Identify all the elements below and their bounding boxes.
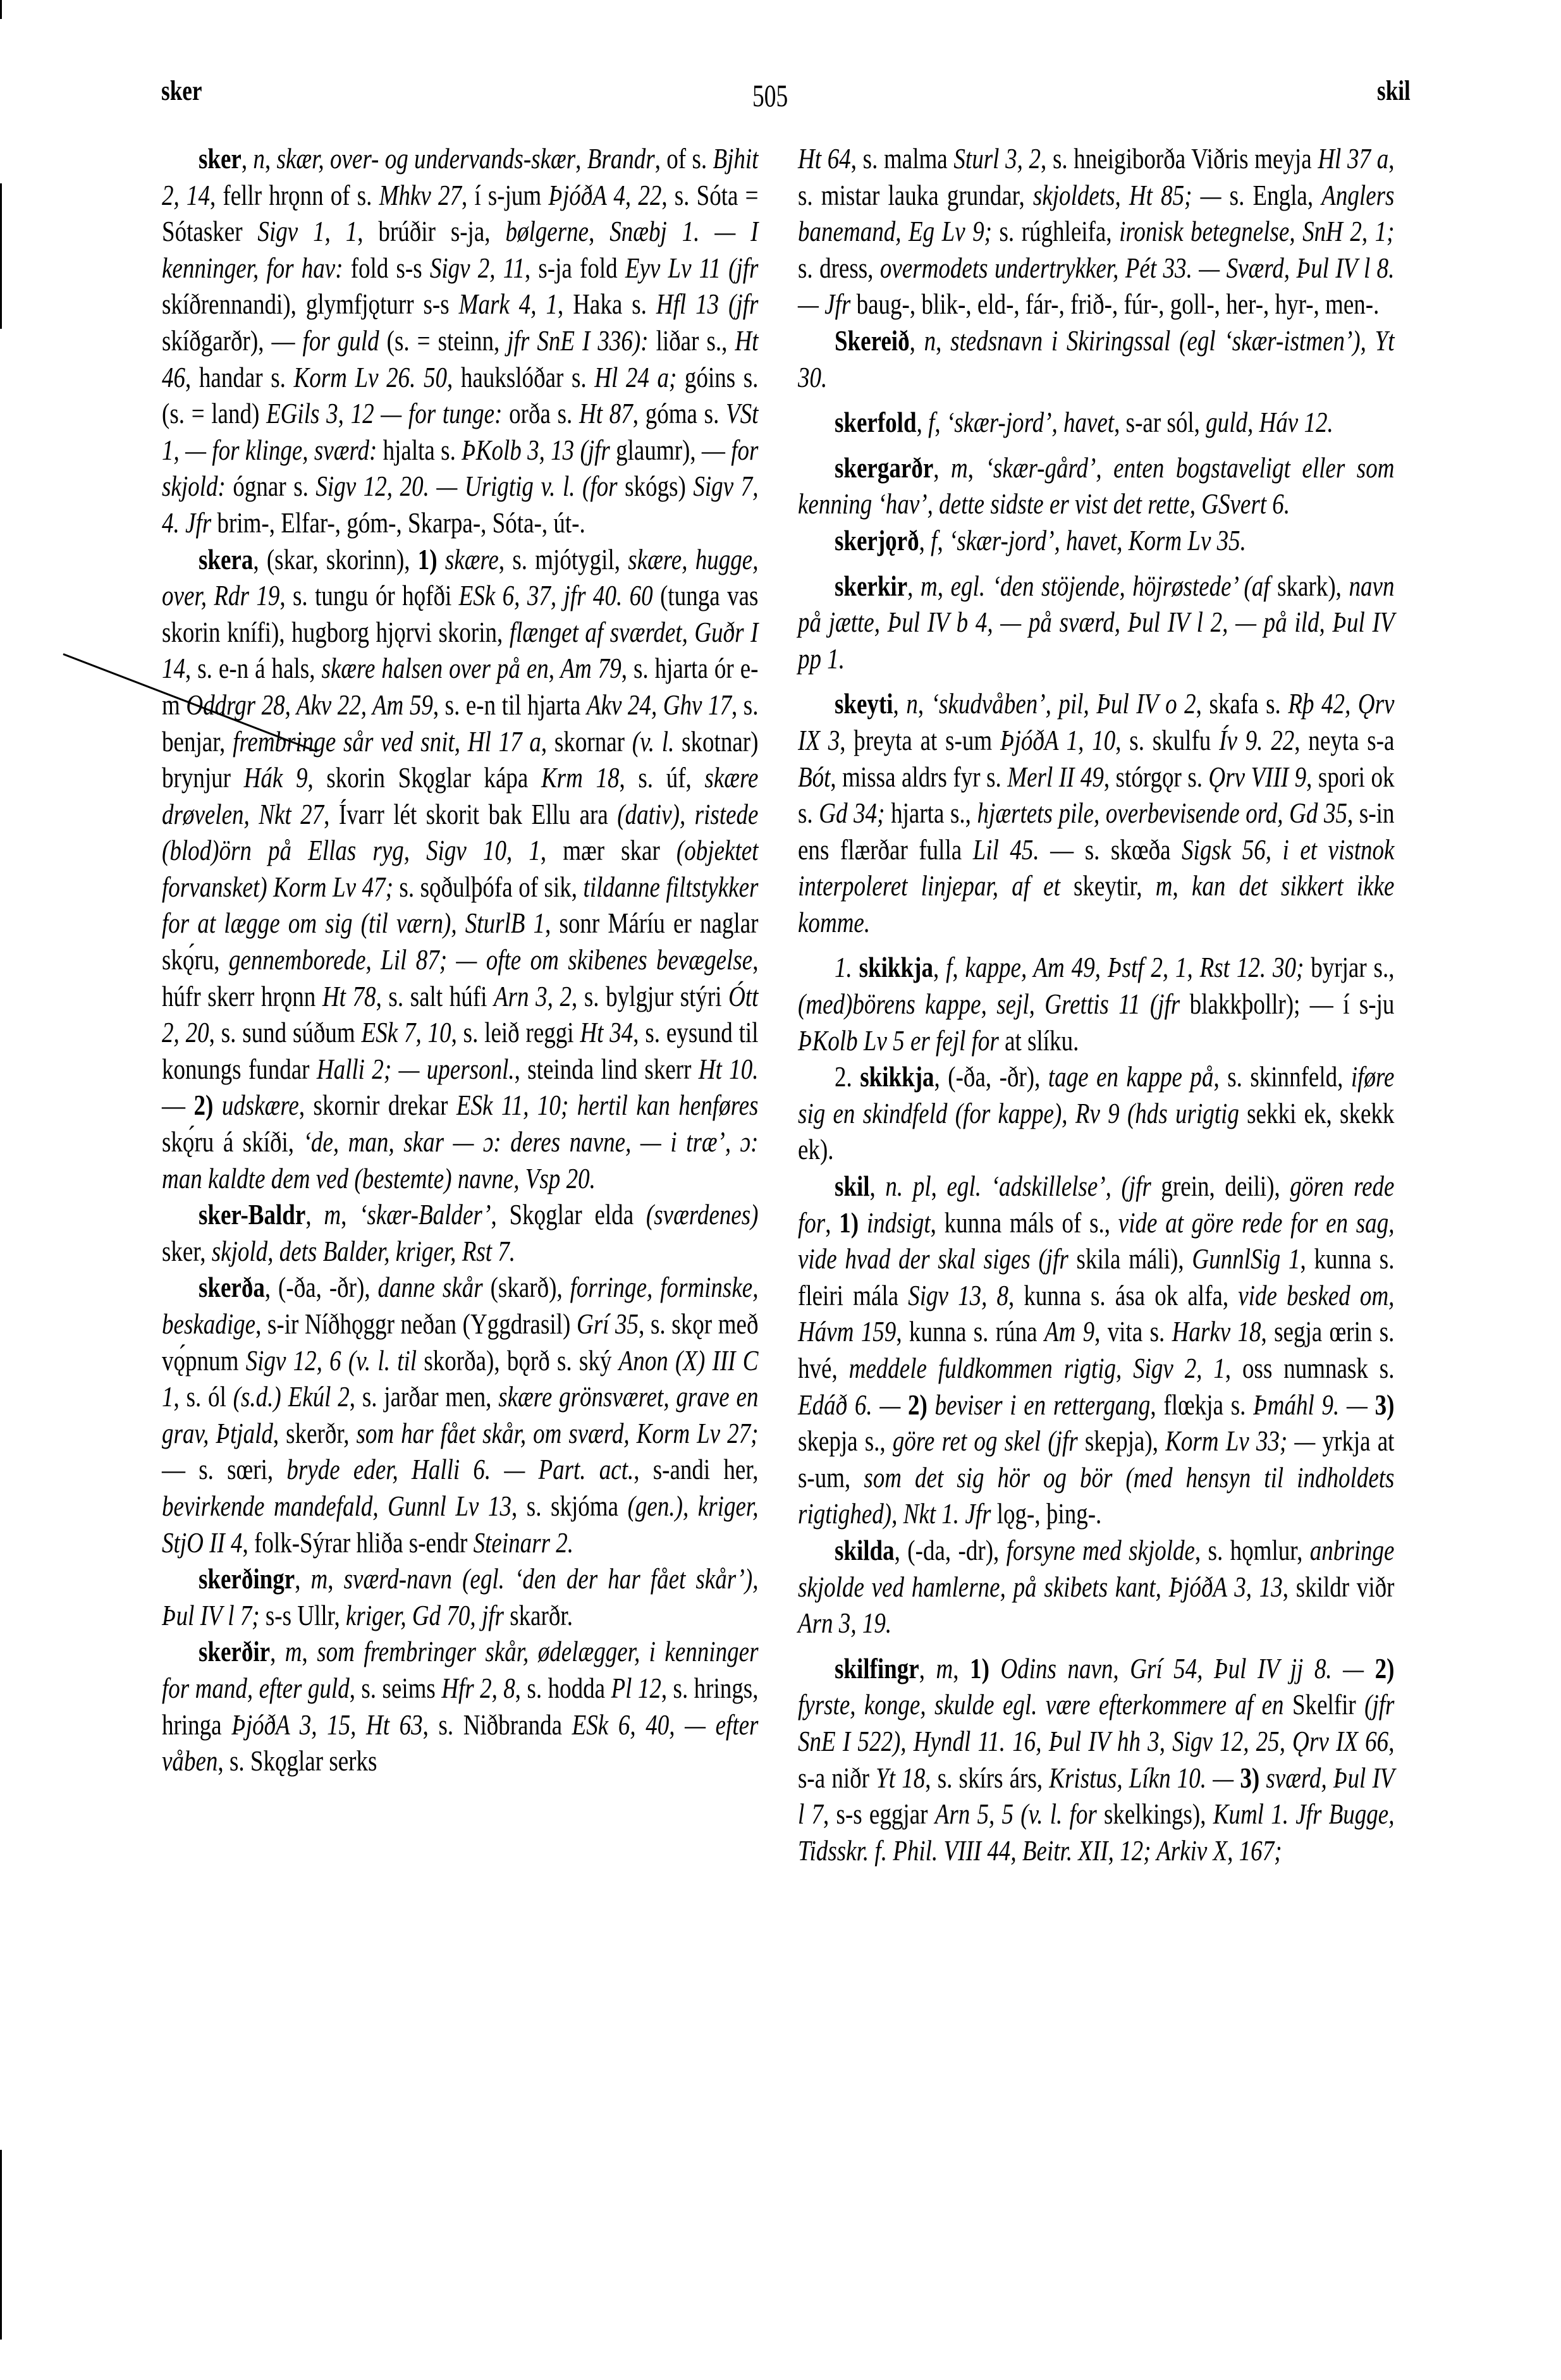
running-head-last-word: skil: [1377, 75, 1411, 107]
dictionary-entry: skeyti, n, ‘skudvåben’, pil, Þul IV o 2,…: [798, 685, 1394, 940]
page-number: 505: [752, 77, 788, 114]
dictionary-entry: sker-Baldr, m, ‘skær-Balder’, Skǫglar el…: [162, 1196, 758, 1269]
scan-margin-mark: [0, 2150, 2, 2340]
dictionary-entry: skerfold, f, ‘skær-jord’, havet, s-ar só…: [798, 404, 1394, 441]
left-column: sker, n, skær, over- og undervands-skær,…: [162, 140, 758, 1779]
dictionary-entry: skerðingr, m, sværd-navn (egl. ‘den der …: [162, 1561, 758, 1633]
dictionary-entry: skergarðr, m, ‘skær-gård’, enten bogstav…: [798, 450, 1394, 522]
dictionary-entry: skerðir, m, som frembringer skår, ødelæg…: [162, 1633, 758, 1779]
dictionary-entry: skerkir, m, egl. ‘den stöjende, höjrøste…: [798, 568, 1394, 677]
dictionary-entry: Skereið, n, stedsnavn i Skiringssal (egl…: [798, 322, 1394, 395]
dictionary-entry: 2. skikkja, (-ða, -ðr), tage en kappe på…: [798, 1058, 1394, 1168]
dictionary-entry: skilda, (-da, -dr), forsyne med skjolde,…: [798, 1532, 1394, 1641]
dictionary-entry: skera, (skar, skorinn), 1) skære, s. mjó…: [162, 541, 758, 1197]
dictionary-entry: 1. skikkja, f, kappe, Am 49, Þstf 2, 1, …: [798, 949, 1394, 1058]
dictionary-entry: skerða, (-ða, -ðr), danne skår (skarð), …: [162, 1269, 758, 1561]
page-header: sker 505 skil: [0, 68, 1561, 113]
dictionary-entry: skil, n. pl, egl. ‘adskillelse’, (jfr gr…: [798, 1168, 1394, 1532]
right-column: Ht 64, s. malma Sturl 3, 2, s. hneigibor…: [798, 140, 1394, 1868]
scan-margin-mark: [0, 0, 2, 19]
dictionary-entry: skilfingr, m, 1) Odins navn, Grí 54, Þul…: [798, 1650, 1394, 1869]
dictionary-entry: Ht 64, s. malma Sturl 3, 2, s. hneigibor…: [798, 140, 1394, 322]
dictionary-entry: sker, n, skær, over- og undervands-skær,…: [162, 140, 758, 541]
scan-margin-mark: [0, 183, 2, 329]
running-head-first-word: sker: [161, 75, 202, 107]
dictionary-entry: skerjǫrð, f, ‘skær-jord’, havet, Korm Lv…: [798, 522, 1394, 559]
